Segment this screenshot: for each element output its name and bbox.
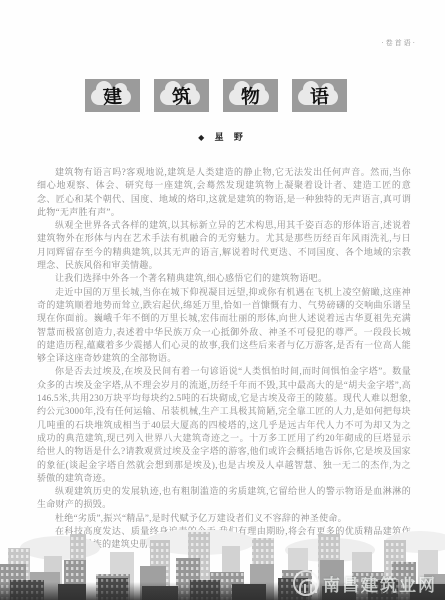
author-line: ◆ 星 野: [0, 130, 445, 143]
diamond-icon: ◆: [198, 133, 204, 142]
author-name: 星 野: [215, 132, 247, 142]
title-char: 物: [240, 82, 260, 110]
paragraph: 纵观全世界各式各样的建筑,以其标新立异的艺术构思,用其千姿百态的形体语言,述说着…: [37, 219, 411, 272]
paragraph: 让我们选择中外各一个著名精典建筑,细心感悟它们的建筑物语吧。: [37, 272, 411, 285]
title-cloud-badges: 建 筑 物 语: [85, 79, 347, 112]
corner-section-label: ·卷首语·: [381, 38, 417, 48]
site-watermark: 南昌建筑业网: [293, 570, 437, 596]
title-char: 筑: [171, 82, 191, 110]
foreword-page: ·卷首语· 建 筑 物 语 ◆ 星 野 建筑物有语言吗?客观地说,建筑是人类建造…: [0, 0, 445, 600]
title-char: 语: [309, 82, 329, 110]
paragraph: 建筑物有语言吗?客观地说,建筑是人类建造的静止物,它无法发出任何声音。然而,当你…: [37, 166, 411, 219]
paragraph: 你是否去过埃及,在埃及民间有着一句谚语说“人类惧怕时间,而时间惧怕金字塔”。数量…: [37, 365, 411, 485]
watermark-text: 南昌建筑业网: [323, 571, 437, 596]
title-char: 建: [102, 82, 122, 110]
paragraph: 纵观建筑历史的发展轨迹,也有粗制滥造的劣质建筑,它留给世人的警示物语是血淋淋的生…: [37, 485, 411, 512]
title-badge-jian: 建: [85, 79, 140, 112]
paragraph: 杜绝“劣质”,振兴“精品”,是时代赋予亿万建设者们义不容辞的神圣使命。: [37, 512, 411, 525]
title-badge-yu: 语: [292, 79, 347, 112]
paragraph: 走近中国的万里长城,当你在城下仰视凝目远望,抑或你有机遇在飞机上凌空俯瞰,这座神…: [37, 286, 411, 366]
paragraph: 在科技高度发达、质量终身追责的今天,我们有理由期盼,将会有更多的优质精品建筑作品…: [37, 525, 411, 552]
bridge-circle-logo-icon: [293, 570, 319, 596]
title-badge-wu: 物: [223, 79, 278, 112]
article-body: 建筑物有语言吗?客观地说,建筑是人类建造的静止物,它无法发出任何声音。然而,当你…: [37, 166, 411, 552]
title-badge-zhu: 筑: [154, 79, 209, 112]
